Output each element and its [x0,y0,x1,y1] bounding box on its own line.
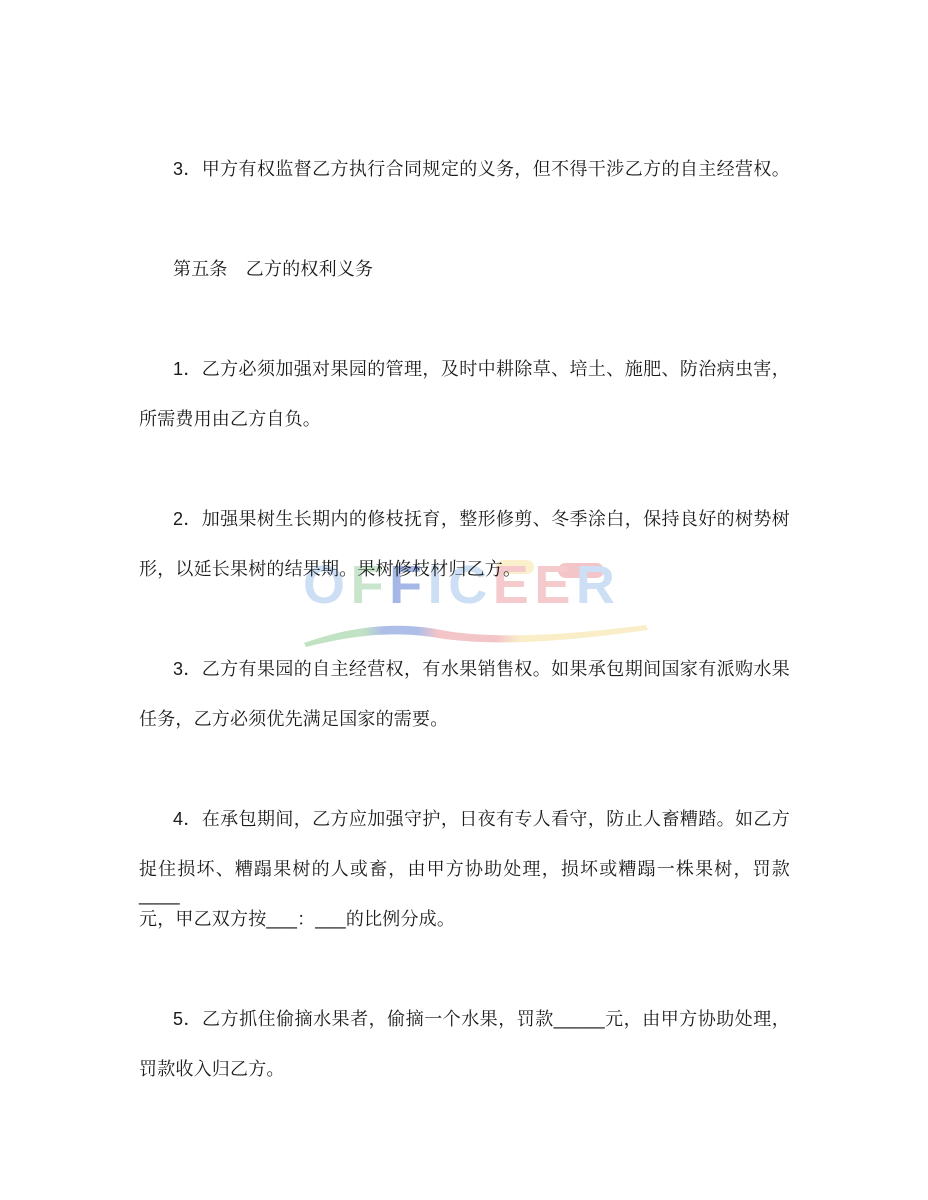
watermark-letter: R [576,558,615,612]
document-page: O F F I C E E R [0,0,928,1200]
contract-line: 3．甲方有权监督乙方执行合同规定的义务，但不得干涉乙方的自主经营权。 [173,156,790,182]
contract-line: 3．乙方有果园的自主经营权，有水果销售权。如果承包期间国家有派购水果 [173,656,790,682]
watermark-swoosh-icon [300,614,652,650]
contract-line: 4．在承包期间，乙方应加强守护，日夜有专人看守，防止人畜糟踏。如乙方 [173,806,790,832]
watermark-letter: E [534,558,570,612]
contract-section-heading: 第五条 乙方的权利义务 [173,256,373,282]
contract-line: 1．乙方必须加强对果园的管理，及时中耕除草、培土、施肥、防治病虫害， [173,356,790,382]
contract-line: 罚款收入归乙方。 [139,1056,285,1082]
contract-line: 5．乙方抓住偷摘水果者，偷摘一个水果，罚款_____元，由甲方协助处理， [173,1006,790,1032]
contract-line: 形，以延长果树的结果期。果树修枝材归乙方。 [139,556,521,582]
contract-line: 所需费用由乙方自负。 [139,406,321,432]
contract-line: 2．加强果树生长期内的修枝抚育，整形修剪、冬季涂白，保持良好的树势树 [173,506,790,532]
contract-line: 任务，乙方必须优先满足国家的需要。 [139,706,448,732]
watermark-red-accent [558,563,604,578]
contract-line: 元，甲乙双方按___：___的比例分成。 [139,906,455,932]
contract-line: 捉住损坏、糟蹋果树的人或畜，由甲方协助处理，损坏或糟蹋一株果树，罚款____ [139,856,790,908]
